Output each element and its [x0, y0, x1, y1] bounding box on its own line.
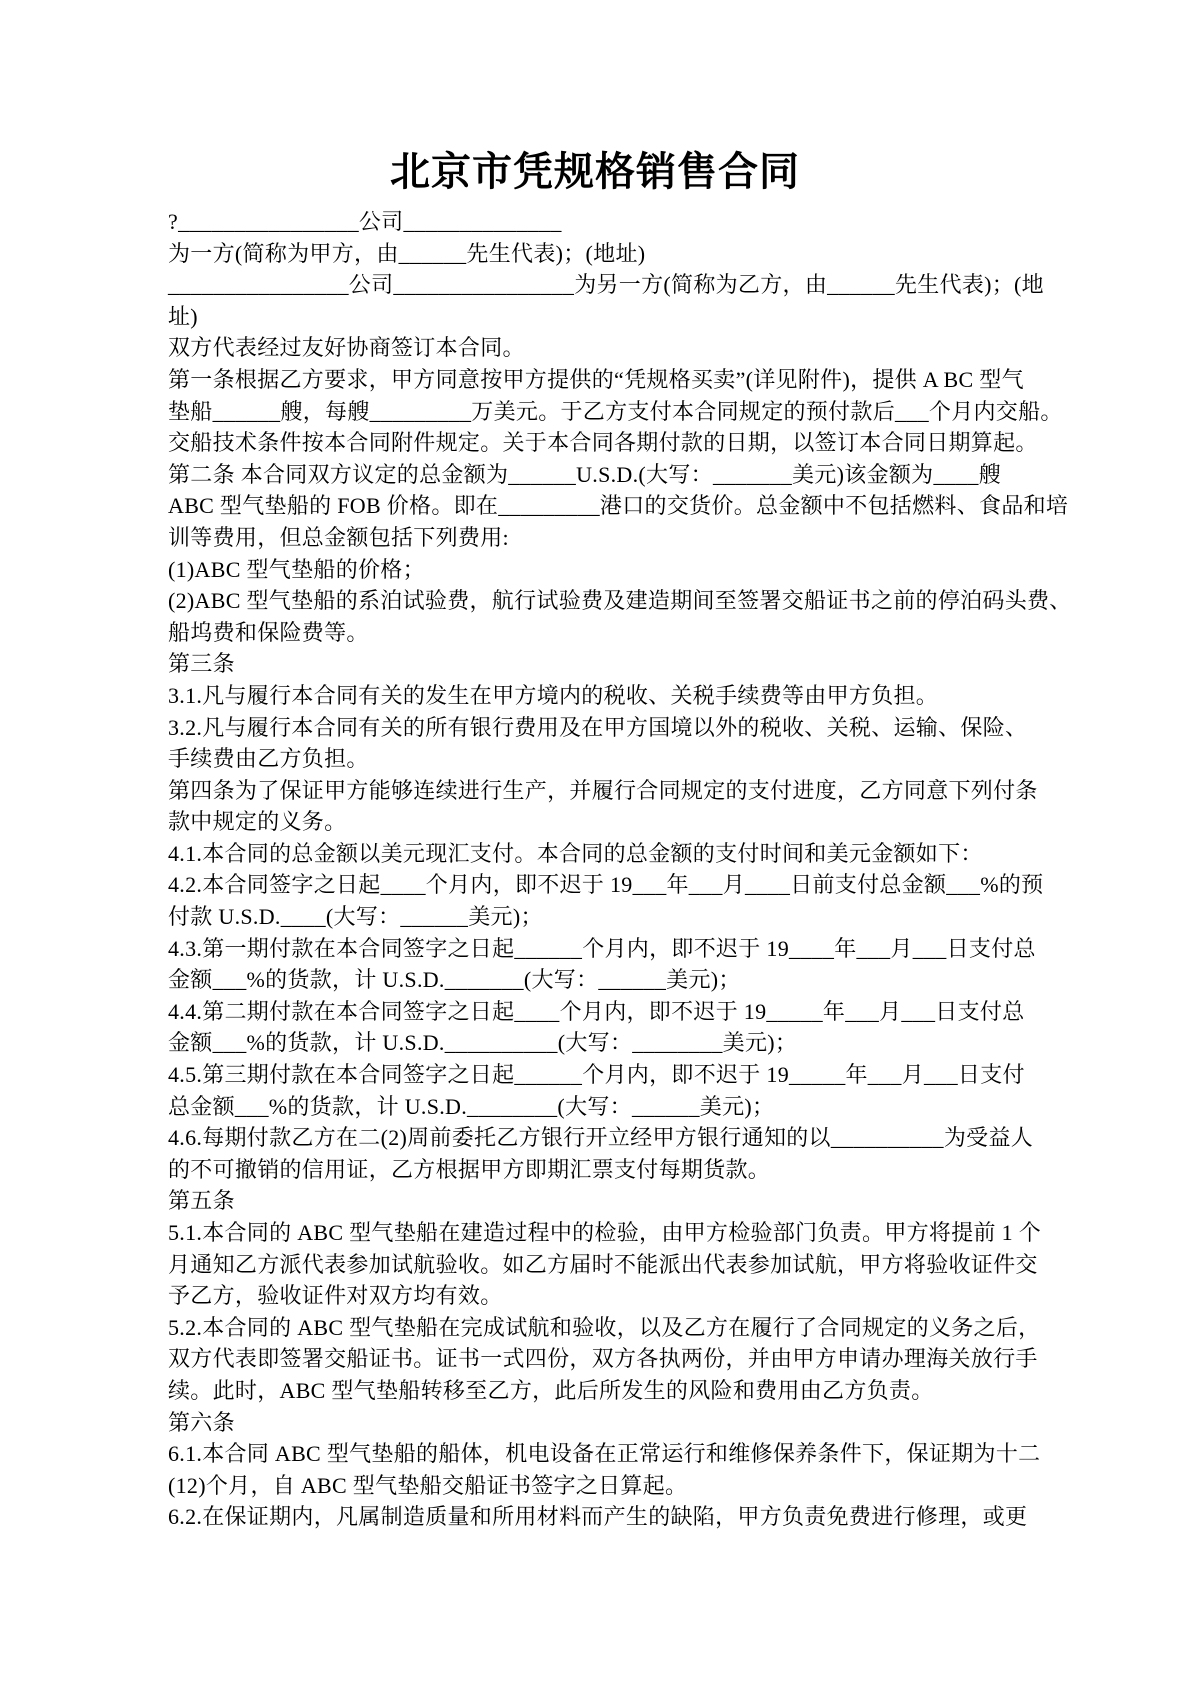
contract-line: 金额___%的货款，计 U.S.D.__________(大写：________…: [168, 1027, 1053, 1059]
contract-line: 款中规定的义务。: [168, 806, 1053, 838]
contract-line: 垫船______艘，每艘_________万美元。于乙方支付本合同规定的预付款后…: [168, 396, 1053, 428]
contract-line: (2)ABC 型气垫船的系泊试验费，航行试验费及建造期间至签署交船证书之前的停泊…: [168, 585, 1053, 617]
contract-line: 双方代表即签署交船证书。证书一式四份，双方各执两份，并由甲方申请办理海关放行手: [168, 1343, 1053, 1375]
contract-line: 为一方(简称为甲方，由______先生代表)；(地址): [168, 238, 1053, 270]
contract-line: ________________公司________________为另一方(简…: [168, 269, 1053, 301]
contract-line: 第四条为了保证甲方能够连续进行生产，并履行合同规定的支付进度，乙方同意下列付条: [168, 775, 1053, 807]
contract-line: 3.1.凡与履行本合同有关的发生在甲方境内的税收、关税手续费等由甲方负担。: [168, 680, 1053, 712]
contract-line: 双方代表经过友好协商签订本合同。: [168, 332, 1053, 364]
contract-line: 训等费用，但总金额包括下列费用:: [168, 522, 1053, 554]
contract-line: ?________________公司______________: [168, 206, 1053, 238]
contract-line: ABC 型气垫船的 FOB 价格。即在_________港口的交货价。总金额中不…: [168, 490, 1053, 522]
contract-line: 第五条: [168, 1185, 1053, 1217]
contract-line: (12)个月，自 ABC 型气垫船交船证书签字之日算起。: [168, 1470, 1053, 1502]
contract-line: 交船技术条件按本合同附件规定。关于本合同各期付款的日期，以签订本合同日期算起。: [168, 427, 1053, 459]
contract-line: 3.2.凡与履行本合同有关的所有银行费用及在甲方国境以外的税收、关税、运输、保险…: [168, 712, 1053, 744]
contract-body: ?________________公司______________为一方(简称为…: [168, 206, 1053, 1533]
contract-line: 予乙方，验收证件对双方均有效。: [168, 1280, 1053, 1312]
contract-line: 付款 U.S.D.____(大写：______美元)；: [168, 901, 1053, 933]
contract-line: 5.2.本合同的 ABC 型气垫船在完成试航和验收，以及乙方在履行了合同规定的义…: [168, 1312, 1053, 1344]
contract-line: 4.3.第一期付款在本合同签字之日起______个月内，即不迟于 19____年…: [168, 933, 1053, 965]
contract-line: 第一条根据乙方要求，甲方同意按甲方提供的“凭规格买卖”(详见附件)，提供 A B…: [168, 364, 1053, 396]
contract-line: 的不可撤销的信用证，乙方根据甲方即期汇票支付每期货款。: [168, 1154, 1053, 1186]
contract-line: 5.1.本合同的 ABC 型气垫船在建造过程中的检验，由甲方检验部门负责。甲方将…: [168, 1217, 1053, 1249]
contract-line: 4.2.本合同签字之日起____个月内，即不迟于 19___年___月____日…: [168, 869, 1053, 901]
contract-line: 手续费由乙方负担。: [168, 743, 1053, 775]
contract-line: 第三条: [168, 648, 1053, 680]
contract-line: 4.5.第三期付款在本合同签字之日起______个月内，即不迟于 19_____…: [168, 1059, 1053, 1091]
contract-line: 第二条 本合同双方议定的总金额为______U.S.D.(大写：_______美…: [168, 459, 1053, 491]
contract-line: 金额___%的货款，计 U.S.D._______(大写：______美元)；: [168, 964, 1053, 996]
contract-line: 总金额___%的货款，计 U.S.D.________(大写：______美元)…: [168, 1091, 1053, 1123]
document-title: 北京市凭规格销售合同: [0, 146, 1190, 198]
contract-line: 址): [168, 301, 1053, 333]
contract-line: 4.6.每期付款乙方在二(2)周前委托乙方银行开立经甲方银行通知的以______…: [168, 1122, 1053, 1154]
contract-line: (1)ABC 型气垫船的价格；: [168, 554, 1053, 586]
contract-line: 6.1.本合同 ABC 型气垫船的船体，机电设备在正常运行和维修保养条件下，保证…: [168, 1438, 1053, 1470]
contract-line: 4.1.本合同的总金额以美元现汇支付。本合同的总金额的支付时间和美元金额如下：: [168, 838, 1053, 870]
contract-line: 月通知乙方派代表参加试航验收。如乙方届时不能派出代表参加试航，甲方将验收证件交: [168, 1249, 1053, 1281]
contract-page: 北京市凭规格销售合同 ?________________公司__________…: [0, 0, 1190, 1683]
contract-line: 续。此时，ABC 型气垫船转移至乙方，此后所发生的风险和费用由乙方负责。: [168, 1375, 1053, 1407]
contract-line: 第六条: [168, 1407, 1053, 1439]
contract-line: 4.4.第二期付款在本合同签字之日起____个月内，即不迟于 19_____年_…: [168, 996, 1053, 1028]
contract-line: 6.2.在保证期内，凡属制造质量和所用材料而产生的缺陷，甲方负责免费进行修理，或…: [168, 1501, 1053, 1533]
contract-line: 船坞费和保险费等。: [168, 617, 1053, 649]
